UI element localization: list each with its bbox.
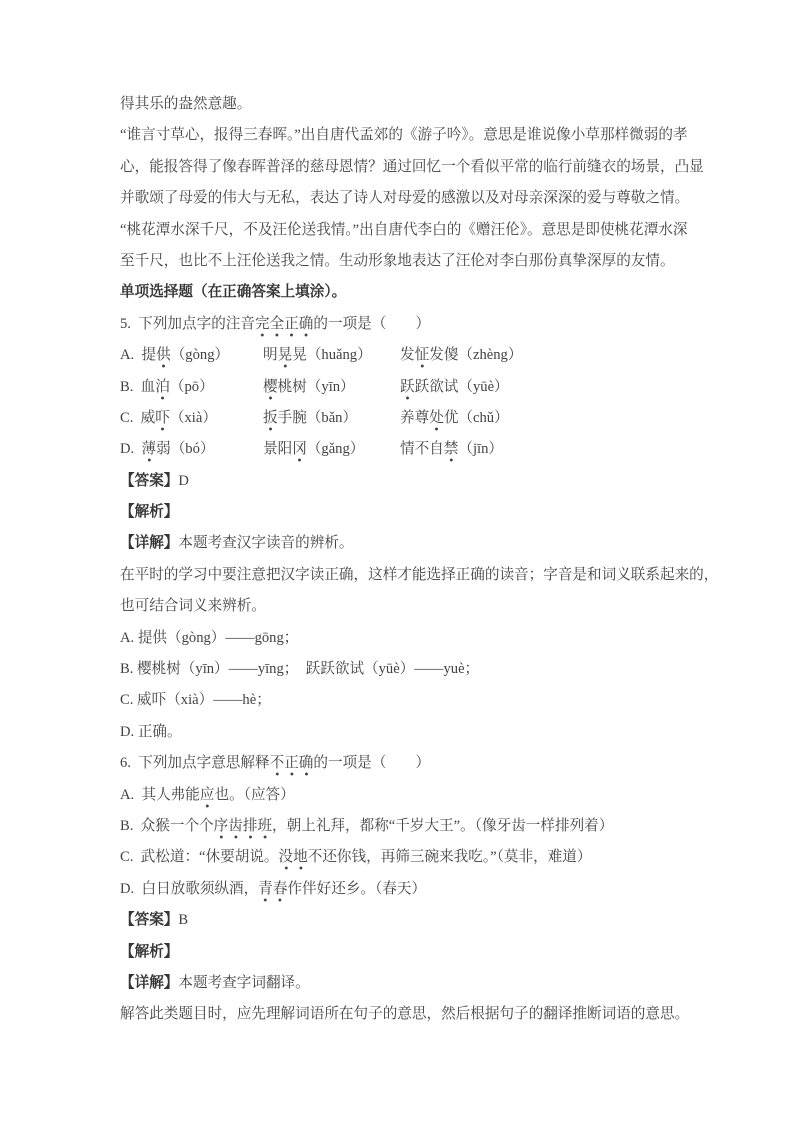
bold-label: 【答案】	[120, 912, 178, 928]
text-segment: B. 众猴一个个	[120, 818, 214, 834]
text-segment: 手腕（bǎn）	[278, 410, 357, 426]
emphasized-text: 禁	[444, 437, 459, 462]
explanation-line: 解答此类题目时，应先理解词语所在句子的意思，然后根据句子的翻译推断词语的意思。	[120, 999, 720, 1030]
paragraph-line: 并歌颂了母爱的伟大与无私，表达了诗人对母爱的感激以及对母亲深深的爱与尊敬之情。	[120, 183, 720, 214]
emphasized-text: 怔	[415, 343, 430, 368]
emphasized-text: 樱	[263, 375, 278, 400]
answer-line: 【答案】B	[120, 905, 720, 936]
text-segment: 心，能报答得了像春晖普泽的慈母恩情？通过回忆一个看似平常的临行前缝衣的场景，凸显	[120, 159, 704, 175]
emphasized-text: 冈	[292, 437, 307, 462]
question-6-option-d: D. 白日放歌须纵酒，青春作伴好还乡。（春天）	[120, 874, 720, 905]
text-segment: 5. 下列加点字的注音	[120, 316, 255, 332]
text-segment: 弱（bó）	[156, 441, 214, 457]
document-page: 得其乐的盎然意趣。“谁言寸草心，报得三春晖。”出自唐代孟郊的《游子吟》。意思是谁…	[0, 0, 793, 1122]
paragraph-line: “桃花潭水深千尺，不及汪伦送我情。”出自唐代李白的《赠汪伦》。意思是即使桃花潭水…	[120, 215, 720, 246]
option-word: 明晃晃（huǎng）	[263, 340, 372, 371]
option-word: 樱桃树（yīn）	[263, 372, 355, 403]
emphasized-text: 跃	[400, 375, 415, 400]
emphasized-text: 完全正确	[255, 312, 313, 337]
question-5-stem: 5. 下列加点字的注音完全正确的一项是（ ）	[120, 309, 720, 340]
correction-line: A. 提供（gòng）——gōng；	[120, 623, 720, 654]
emphasized-text: 处	[429, 406, 444, 431]
explanation-line: 在平时的学习中要注意把汉字读正确，这样才能选择正确的读音；字音是和词义联系起来的…	[120, 560, 720, 591]
question-6-option-b: B. 众猴一个个序齿排班，朝上礼拜，都称“千岁大王”。（像牙齿一样排列着）	[120, 811, 720, 842]
emphasized-text: 青春	[258, 877, 287, 902]
option-letter-and-word: B. 血泊（pō）	[120, 372, 214, 403]
text-segment: （xià）	[170, 410, 217, 426]
text-segment: 单项选择题（在正确答案上填涂）。	[120, 284, 346, 300]
text-segment: 本题考查汉字读音的辨析。	[178, 535, 353, 551]
text-segment: C. 威	[120, 410, 155, 426]
text-segment: ，朝上礼拜，都称“千岁大王”。（像牙齿一样排列着）	[272, 818, 613, 834]
question-5-option-c: C. 威吓（xià）扳手腕（bǎn）养尊处优（chǔ）	[120, 403, 720, 434]
option-word: 养尊处优（chǔ）	[400, 403, 509, 434]
text-segment: D.	[120, 441, 142, 457]
text-segment: （gǎng）	[307, 441, 365, 457]
emphasized-text: 晃	[278, 343, 293, 368]
text-segment: 作伴好还乡。（春天）	[287, 881, 426, 897]
text-segment: 本题考查字词翻译。	[178, 975, 309, 991]
analysis-label-line: 【解析】	[120, 937, 720, 968]
question-6-stem: 6. 下列加点字意思解释不正确的一项是（ ）	[120, 748, 720, 779]
option-word: 发怔发傻（zhèng）	[400, 340, 522, 371]
analysis-label-line: 【解析】	[120, 497, 720, 528]
option-word: 扳手腕（bǎn）	[263, 403, 357, 434]
text-segment: （pō）	[170, 379, 214, 395]
option-word: 景阳冈（gǎng）	[263, 434, 364, 465]
text-segment: 的一项是（ ）	[313, 755, 430, 771]
text-segment: 不还你钱，再筛三碗来我吃。”（莫非，难道）	[308, 849, 592, 865]
option-word: 情不自禁（jīn）	[400, 434, 503, 465]
text-segment: 明	[263, 347, 278, 363]
text-segment: C. 威吓（xià）——hè；	[120, 692, 271, 708]
text-segment: A. 提供（gòng）——gōng；	[120, 630, 298, 646]
bold-label: 【详解】	[120, 535, 178, 551]
text-segment: A. 其人弗能	[120, 787, 200, 803]
correction-line: D. 正确。	[120, 717, 720, 748]
emphasized-text: 供	[156, 343, 171, 368]
text-segment: D. 正确。	[120, 724, 182, 740]
text-segment: 也可结合词义来辨析。	[120, 598, 266, 614]
text-segment: 的一项是（ ）	[313, 316, 430, 332]
text-segment: 得其乐的盎然意趣。	[120, 96, 251, 112]
text-segment: 并歌颂了母爱的伟大与无私，表达了诗人对母爱的感激以及对母亲深深的爱与尊敬之情。	[120, 190, 689, 206]
emphasized-text: 不正确	[270, 751, 314, 776]
text-segment: 桃树（yīn）	[278, 379, 355, 395]
text-segment: 在平时的学习中要注意把汉字读正确，这样才能选择正确的读音；字音是和词义联系起来的…	[120, 567, 718, 583]
text-segment: D. 白日放歌须纵酒，	[120, 881, 258, 897]
text-segment: B. 血	[120, 379, 155, 395]
detail-line: 【详解】本题考查字词翻译。	[120, 968, 720, 999]
question-5-option-d: D. 薄弱（bó）景阳冈（gǎng）情不自禁（jīn）	[120, 434, 720, 465]
text-segment: （gòng）	[171, 347, 229, 363]
emphasized-text: 薄	[142, 437, 157, 462]
bold-label: 【解析】	[120, 944, 178, 960]
text-segment: B	[178, 912, 188, 928]
correction-line: B. 樱桃树（yīn）——yīng； 跃跃欲试（yūè）——yuè；	[120, 654, 720, 685]
text-segment: B. 樱桃树（yīn）——yīng； 跃跃欲试（yūè）——yuè；	[120, 661, 479, 677]
text-segment: 晃（huǎng）	[292, 347, 371, 363]
correction-line: C. 威吓（xià）——hè；	[120, 685, 720, 716]
bold-label: 【详解】	[120, 975, 178, 991]
bold-label: 【解析】	[120, 504, 178, 520]
text-segment: “桃花潭水深千尺，不及汪伦送我情。”出自唐代李白的《赠汪伦》。意思是即使桃花潭水…	[120, 222, 688, 238]
text-segment: 发	[400, 347, 415, 363]
emphasized-text: 吓	[155, 406, 170, 431]
emphasized-text: 应	[200, 783, 215, 808]
paragraph-line: “谁言寸草心，报得三春晖。”出自唐代孟郊的《游子吟》。意思是谁说像小草那样微弱的…	[120, 120, 720, 151]
option-word: 跃跃欲试（yūè）	[400, 372, 509, 403]
emphasized-text: 没地	[279, 845, 308, 870]
paragraph-line: 心，能报答得了像春晖普泽的慈母恩情？通过回忆一个看似平常的临行前缝衣的场景，凸显	[120, 152, 720, 183]
text-segment: 情不自	[400, 441, 444, 457]
question-5-option-a: A. 提供（gòng）明晃晃（huǎng）发怔发傻（zhèng）	[120, 340, 720, 371]
text-segment: D	[178, 473, 189, 489]
text-segment: 至千尺，也比不上汪伦送我之情。生动形象地表达了汪伦对李白那份真挚深厚的友情。	[120, 253, 675, 269]
emphasized-text: 序齿排班	[214, 814, 272, 839]
text-segment: 跃欲试（yūè）	[415, 379, 509, 395]
paragraph-line: 至千尺，也比不上汪伦送我之情。生动形象地表达了汪伦对李白那份真挚深厚的友情。	[120, 246, 720, 277]
document-content: 得其乐的盎然意趣。“谁言寸草心，报得三春晖。”出自唐代孟郊的《游子吟》。意思是谁…	[120, 89, 720, 1031]
text-segment: 养尊	[400, 410, 429, 426]
text-segment: 景阳	[263, 441, 292, 457]
text-segment: “谁言寸草心，报得三春晖。”出自唐代孟郊的《游子吟》。意思是谁说像小草那样微弱的…	[120, 127, 688, 143]
text-segment: C. 武松道：“休要胡说。	[120, 849, 279, 865]
detail-line: 【详解】本题考查汉字读音的辨析。	[120, 528, 720, 559]
explanation-line: 也可结合词义来辨析。	[120, 591, 720, 622]
paragraph-line: 得其乐的盎然意趣。	[120, 89, 720, 120]
emphasized-text: 扳	[263, 406, 278, 431]
section-heading: 单项选择题（在正确答案上填涂）。	[120, 277, 720, 308]
bold-label: 【答案】	[120, 473, 178, 489]
text-segment: 优（chǔ）	[444, 410, 509, 426]
question-5-option-b: B. 血泊（pō）樱桃树（yīn）跃跃欲试（yūè）	[120, 372, 720, 403]
text-segment: （jīn）	[458, 441, 503, 457]
option-letter-and-word: C. 威吓（xià）	[120, 403, 217, 434]
question-6-option-c: C. 武松道：“休要胡说。没地不还你钱，再筛三碗来我吃。”（莫非，难道）	[120, 842, 720, 873]
option-letter-and-word: A. 提供（gòng）	[120, 340, 229, 371]
emphasized-text: 泊	[155, 375, 170, 400]
question-6-option-a: A. 其人弗能应也。（应答）	[120, 780, 720, 811]
text-segment: 也。（应答）	[214, 787, 294, 803]
text-segment: 6. 下列加点字意思解释	[120, 755, 270, 771]
answer-line: 【答案】D	[120, 466, 720, 497]
option-letter-and-word: D. 薄弱（bó）	[120, 434, 215, 465]
text-segment: 发傻（zhèng）	[429, 347, 522, 363]
text-segment: 解答此类题目时，应先理解词语所在句子的意思，然后根据句子的翻译推断词语的意思。	[120, 1006, 689, 1022]
text-segment: A. 提	[120, 347, 156, 363]
